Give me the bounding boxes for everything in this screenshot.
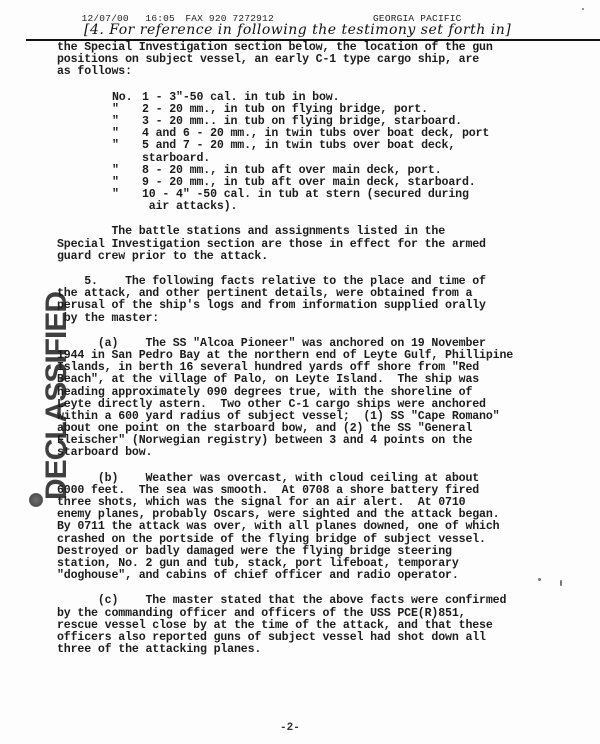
list-item: air attacks). [112, 201, 597, 213]
text-line: Special Investigation section are those … [57, 239, 597, 251]
declassified-stamp: DECLASSIFIED [6, 200, 46, 505]
text-line: heading approximately 090 degrees true, … [57, 387, 597, 399]
subparagraph-a: (a) The SS "Alcoa Pioneer" was anchored … [57, 338, 597, 460]
seal-icon [29, 493, 43, 507]
text-line: The battle stations and assignments list… [57, 226, 597, 238]
gun-position-list: No.1 - 3"-50 cal. in tub in bow. "2 - 20… [112, 92, 597, 214]
handwritten-note: [4. For reference in following the testi… [84, 22, 511, 38]
text-line: By 0711 the attack was over, with all pl… [57, 521, 597, 533]
text-line: perusal of the ship's logs and from info… [57, 300, 597, 312]
text-line: by the master: [57, 313, 597, 325]
text-line: Beach", at the village of Palo, on Leyte… [57, 374, 597, 386]
text-line: as follows: [57, 66, 597, 78]
subparagraph-b: (b) Weather was overcast, with cloud cei… [57, 473, 597, 583]
text-line: by the commanding officer and officers o… [57, 608, 597, 620]
list-item: No.1 - 3"-50 cal. in tub in bow. [112, 92, 597, 104]
paragraph-5: 5. The following facts relative to the p… [57, 276, 597, 325]
list-item: starboard. [112, 153, 597, 165]
battle-stations-paragraph: The battle stations and assignments list… [57, 226, 597, 263]
scan-speck [560, 580, 562, 586]
paragraph-4: the Special Investigation section below,… [57, 42, 597, 79]
scan-speck [538, 578, 541, 581]
scan-speck [582, 8, 584, 10]
text-line: (b) Weather was overcast, with cloud cei… [57, 473, 597, 485]
list-item: "5 and 7 - 20 mm., in twin tubs over boa… [112, 140, 597, 152]
page-number: -2- [280, 722, 300, 734]
text-line: "doghouse", and cabins of chief officer … [57, 570, 597, 582]
text-line: positions on subject vessel, an early C-… [57, 54, 597, 66]
text-line: guard crew prior to the attack. [57, 251, 597, 263]
text-line: starboard bow. [57, 447, 597, 459]
document-body: the Special Investigation section below,… [57, 42, 597, 656]
text-line: (c) The master stated that the above fac… [57, 595, 597, 607]
subparagraph-c: (c) The master stated that the above fac… [57, 595, 597, 656]
text-line: three of the attacking planes. [57, 644, 597, 656]
text-line: crashed on the portside of the flying br… [57, 534, 597, 546]
document-page: 12/07/00 16:05 FAX 920 7272912 GEORGIA P… [0, 0, 600, 744]
